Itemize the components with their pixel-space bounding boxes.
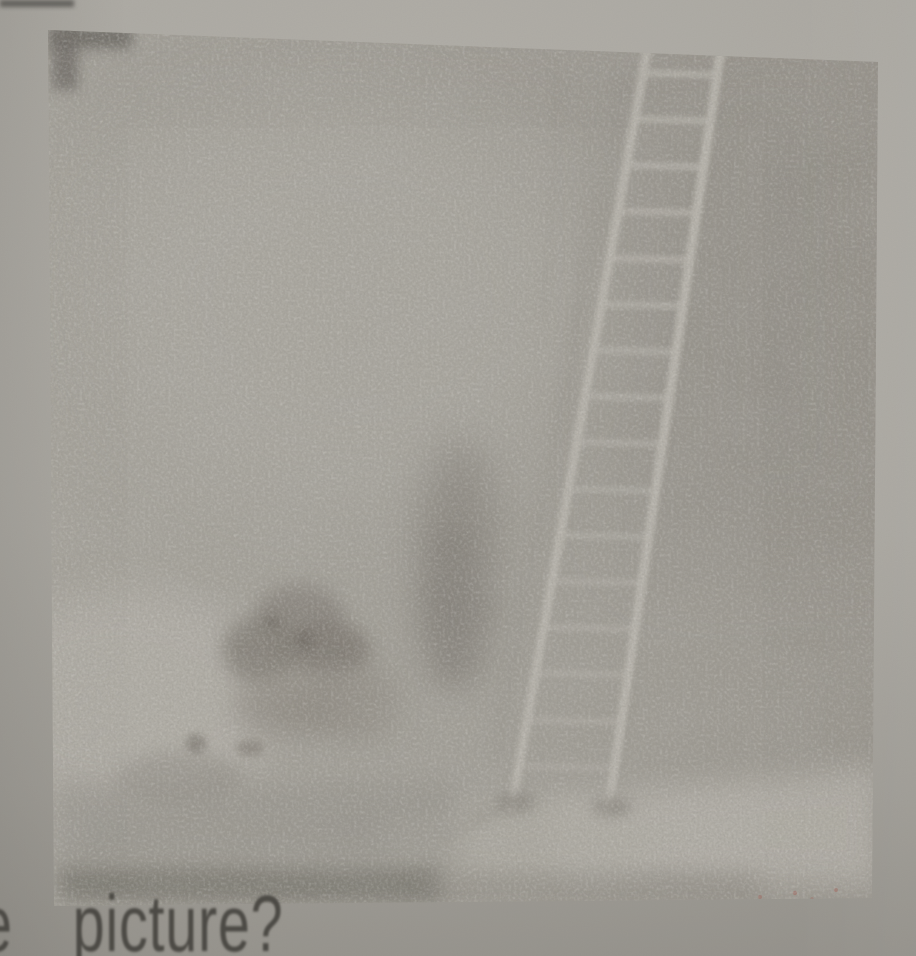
question-text-fragment: e picture? <box>0 884 283 956</box>
faded-photo <box>0 0 916 956</box>
page-grain <box>0 0 916 956</box>
book-page: e picture? <box>0 0 916 956</box>
